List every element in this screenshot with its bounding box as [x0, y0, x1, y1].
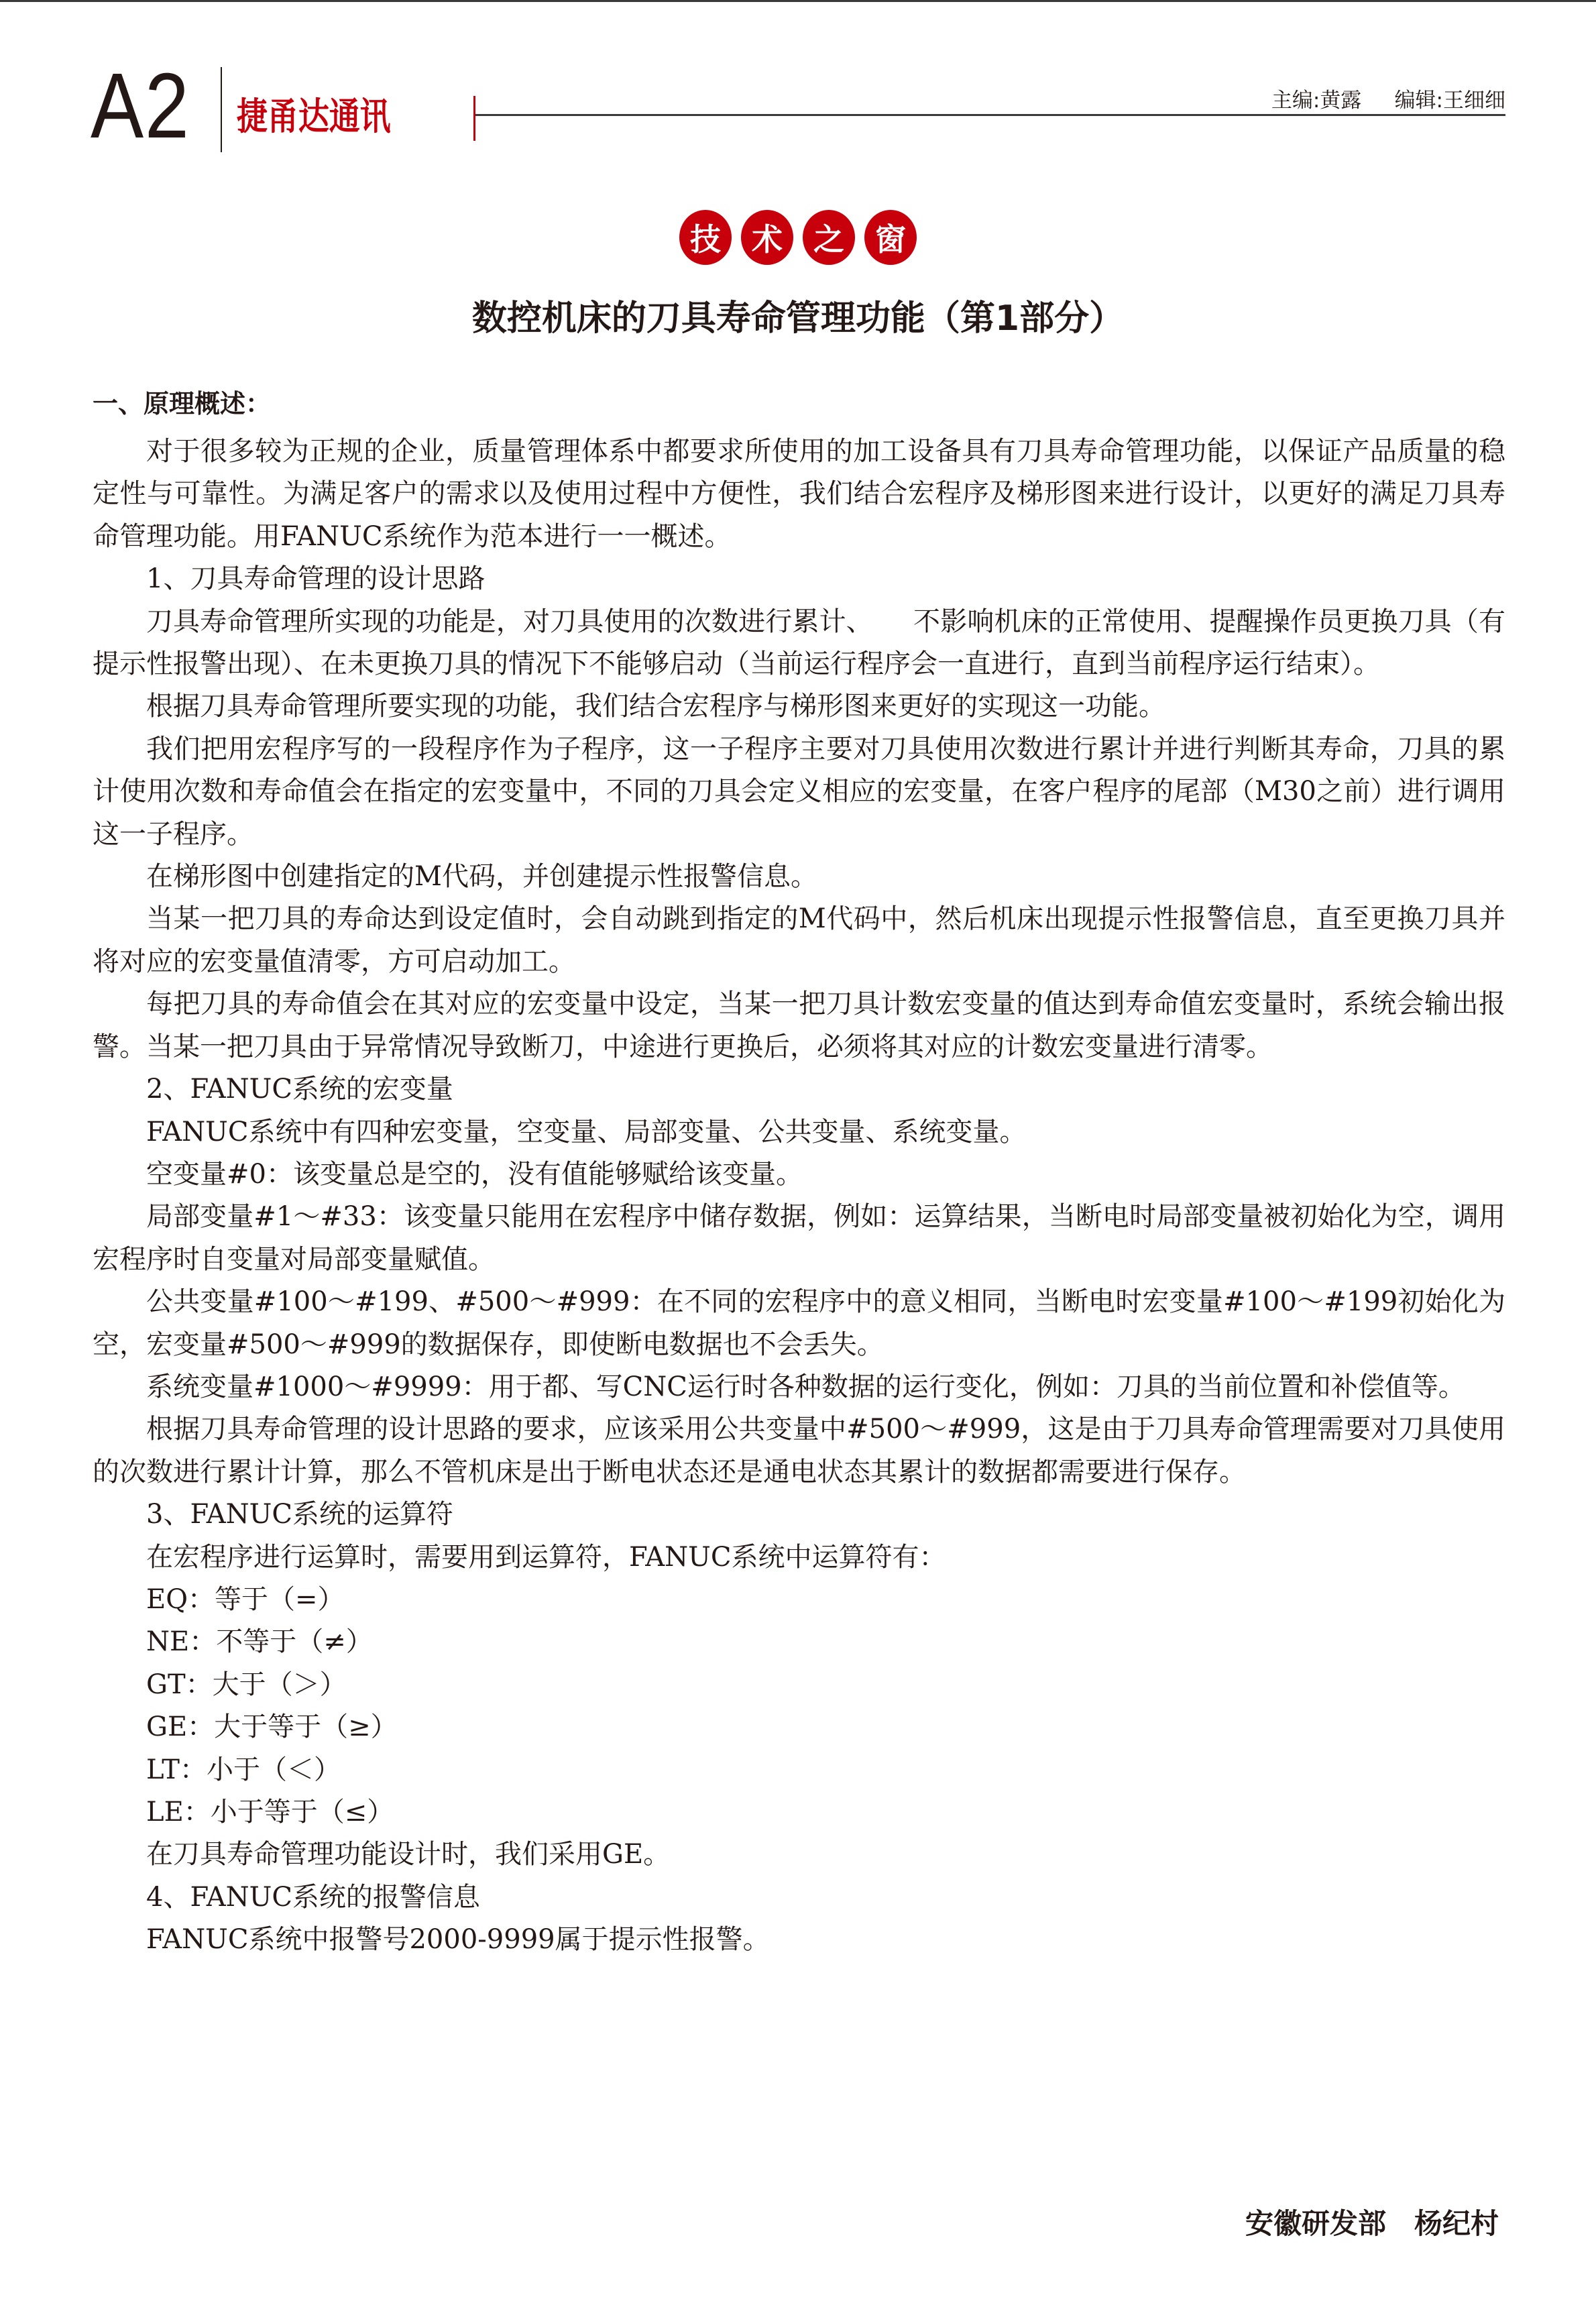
top-border-rule: [0, 0, 1596, 2]
column-badge-char: 技: [679, 210, 732, 265]
column-badge-char: 窗: [864, 210, 917, 265]
paragraph: 对于很多较为正规的企业，质量管理体系中都要求所使用的加工设备具有刀具寿命管理功能…: [93, 431, 1505, 558]
column-badge: 技 术 之 窗: [0, 210, 1596, 265]
paragraph: 我们把用宏程序写的一段程序作为子程序，这一子程序主要对刀具使用次数进行累计并进行…: [93, 728, 1505, 856]
publication-name: 捷甬达通讯: [237, 94, 391, 141]
paragraph: 在梯形图中创建指定的M代码，并创建提示性报警信息。: [93, 856, 1505, 898]
paragraph: 局部变量#1～#33：该变量只能用在宏程序中储存数据，例如：运算结果，当断电时局…: [93, 1196, 1505, 1281]
column-badge-char: 术: [741, 210, 793, 265]
page-number: A2: [91, 59, 190, 153]
header-divider: [221, 67, 222, 152]
article-body: 对于很多较为正规的企业，质量管理体系中都要求所使用的加工设备具有刀具寿命管理功能…: [93, 431, 1505, 1962]
article-title: 数控机床的刀具寿命管理功能（第1部分）: [0, 295, 1596, 342]
paragraph: 在宏程序进行运算时，需要用到运算符，FANUC系统中运算符有：: [93, 1536, 1505, 1579]
operator-item: NE：不等于（≠）: [93, 1621, 1505, 1663]
operator-item: LE：小于等于（≤）: [93, 1791, 1505, 1834]
subheading: 1、刀具寿命管理的设计思路: [93, 558, 1505, 600]
operator-item: EQ：等于（=）: [93, 1579, 1505, 1621]
operator-item: LT：小于（＜）: [93, 1749, 1505, 1791]
author-byline: 安徽研发部 杨纪村: [1245, 2205, 1499, 2243]
operator-item: GT：大于（＞）: [93, 1664, 1505, 1706]
header-rule: [475, 114, 1505, 116]
subheading: 2、FANUC系统的宏变量: [93, 1068, 1505, 1111]
operator-item: GE：大于等于（≥）: [93, 1706, 1505, 1748]
subheading: 4、FANUC系统的报警信息: [93, 1876, 1505, 1919]
paragraph: 空变量#0：该变量总是空的，没有值能够赋给该变量。: [93, 1153, 1505, 1196]
paragraph: 每把刀具的寿命值会在其对应的宏变量中设定，当某一把刀具计数宏变量的值达到寿命值宏…: [93, 983, 1505, 1068]
paragraph: 根据刀具寿命管理所要实现的功能，我们结合宏程序与梯形图来更好的实现这一功能。: [93, 685, 1505, 728]
paragraph: 在刀具寿命管理功能设计时，我们采用GE。: [93, 1834, 1505, 1876]
editor-credits: 主编:黄露 编辑:王细细: [1271, 87, 1505, 114]
subheading: 3、FANUC系统的运算符: [93, 1494, 1505, 1536]
paragraph: 公共变量#100～#199、#500～#999：在不同的宏程序中的意义相同，当断…: [93, 1281, 1505, 1366]
paragraph: FANUC系统中有四种宏变量，空变量、局部变量、公共变量、系统变量。: [93, 1111, 1505, 1153]
paragraph: 根据刀具寿命管理的设计思路的要求，应该采用公共变量中#500～#999，这是由于…: [93, 1408, 1505, 1494]
paragraph: 系统变量#1000～#9999：用于都、写CNC运行时各种数据的运行变化，例如：…: [93, 1366, 1505, 1408]
column-badge-char: 之: [803, 210, 855, 265]
publication-name-bar: [473, 96, 475, 141]
section-heading: 一、原理概述：: [93, 387, 271, 420]
paragraph: 当某一把刀具的寿命达到设定值时，会自动跳到指定的M代码中，然后机床出现提示性报警…: [93, 898, 1505, 983]
paragraph: FANUC系统中报警号2000-9999属于提示性报警。: [93, 1919, 1505, 1961]
paragraph: 刀具寿命管理所实现的功能是，对刀具使用的次数进行累计、 不影响机床的正常使用、提…: [93, 601, 1505, 686]
